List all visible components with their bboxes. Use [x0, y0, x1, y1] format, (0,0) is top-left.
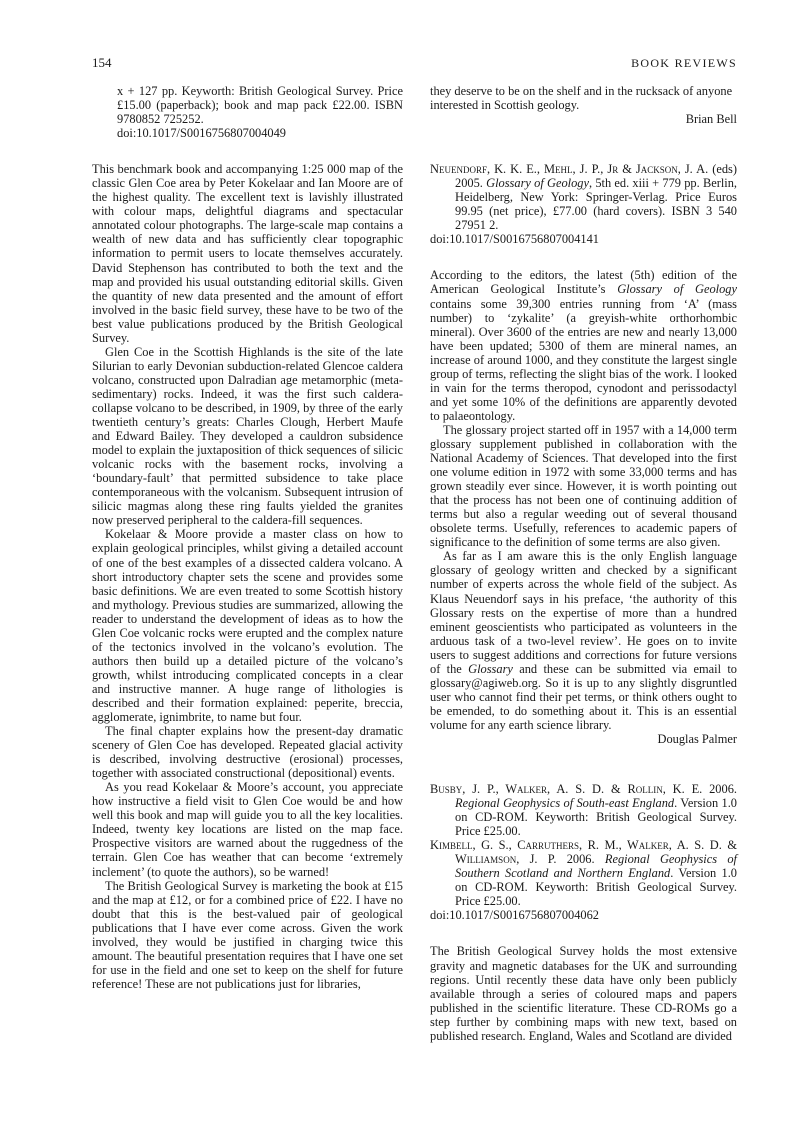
doi-link[interactable]: doi:10.1017/S0016756807004049	[117, 126, 403, 140]
doi-link[interactable]: doi:10.1017/S0016756807004141	[455, 232, 737, 246]
review-paragraph: The final chapter explains how the prese…	[92, 724, 403, 780]
right-column: they deserve to be on the shelf and in t…	[430, 84, 737, 1043]
reference-authors: Busby, J. P., Walker, A. S. D. & Rollin,…	[430, 782, 702, 796]
book-reference-kimbell: Kimbell, G. S., Carruthers, R. M., Walke…	[430, 838, 737, 922]
review-paragraph: As far as I am aware this is the only En…	[430, 549, 737, 732]
review-paragraph: As you read Kokelaar & Moore’s account, …	[92, 780, 403, 878]
page-header: 154 BOOK REVIEWS	[92, 56, 737, 72]
book-reference-glossary: Neuendorf, K. K. E., Mehl, J. P., Jr & J…	[430, 162, 737, 246]
review-continuation: they deserve to be on the shelf and in t…	[430, 84, 737, 112]
reference-year: 2006.	[702, 782, 737, 796]
review-paragraph: The British Geological Survey holds the …	[430, 944, 737, 1042]
review-paragraph: Kokelaar & Moore provide a master class …	[92, 527, 403, 724]
running-head: BOOK REVIEWS	[631, 56, 737, 70]
reference-text: x + 127 pp. Keyworth: British Geological…	[117, 84, 403, 126]
paragraph-text: As far as I am aware this is the only En…	[430, 549, 737, 675]
paragraph-text: contains some 39,300 entries running fro…	[430, 297, 737, 423]
italic-title: Glossary	[468, 662, 513, 676]
continued-book-reference: x + 127 pp. Keyworth: British Geological…	[92, 84, 403, 140]
review-paragraph: This benchmark book and accompanying 1:2…	[92, 162, 403, 345]
reference-title: Regional Geophysics of South-east Englan…	[455, 796, 674, 810]
review-paragraph: The glossary project started off in 1957…	[430, 423, 737, 549]
reviewer-signature: Brian Bell	[430, 112, 737, 126]
reviewer-signature: Douglas Palmer	[430, 732, 737, 746]
italic-title: Glossary of Geology	[617, 282, 737, 296]
reference-year: 2006.	[556, 852, 604, 866]
review-paragraph: Glen Coe in the Scottish Highlands is th…	[92, 345, 403, 528]
reference-title: Glossary of Geology	[486, 176, 589, 190]
left-column: x + 127 pp. Keyworth: British Geological…	[92, 84, 403, 991]
book-reference-busby: Busby, J. P., Walker, A. S. D. & Rollin,…	[430, 782, 737, 838]
review-paragraph: The British Geological Survey is marketi…	[92, 879, 403, 991]
page-number: 154	[92, 56, 112, 70]
reference-authors: Neuendorf, K. K. E., Mehl, J. P., Jr & J…	[430, 162, 708, 176]
review-paragraph: According to the editors, the latest (5t…	[430, 268, 737, 423]
doi-link[interactable]: doi:10.1017/S0016756807004062	[455, 908, 737, 922]
